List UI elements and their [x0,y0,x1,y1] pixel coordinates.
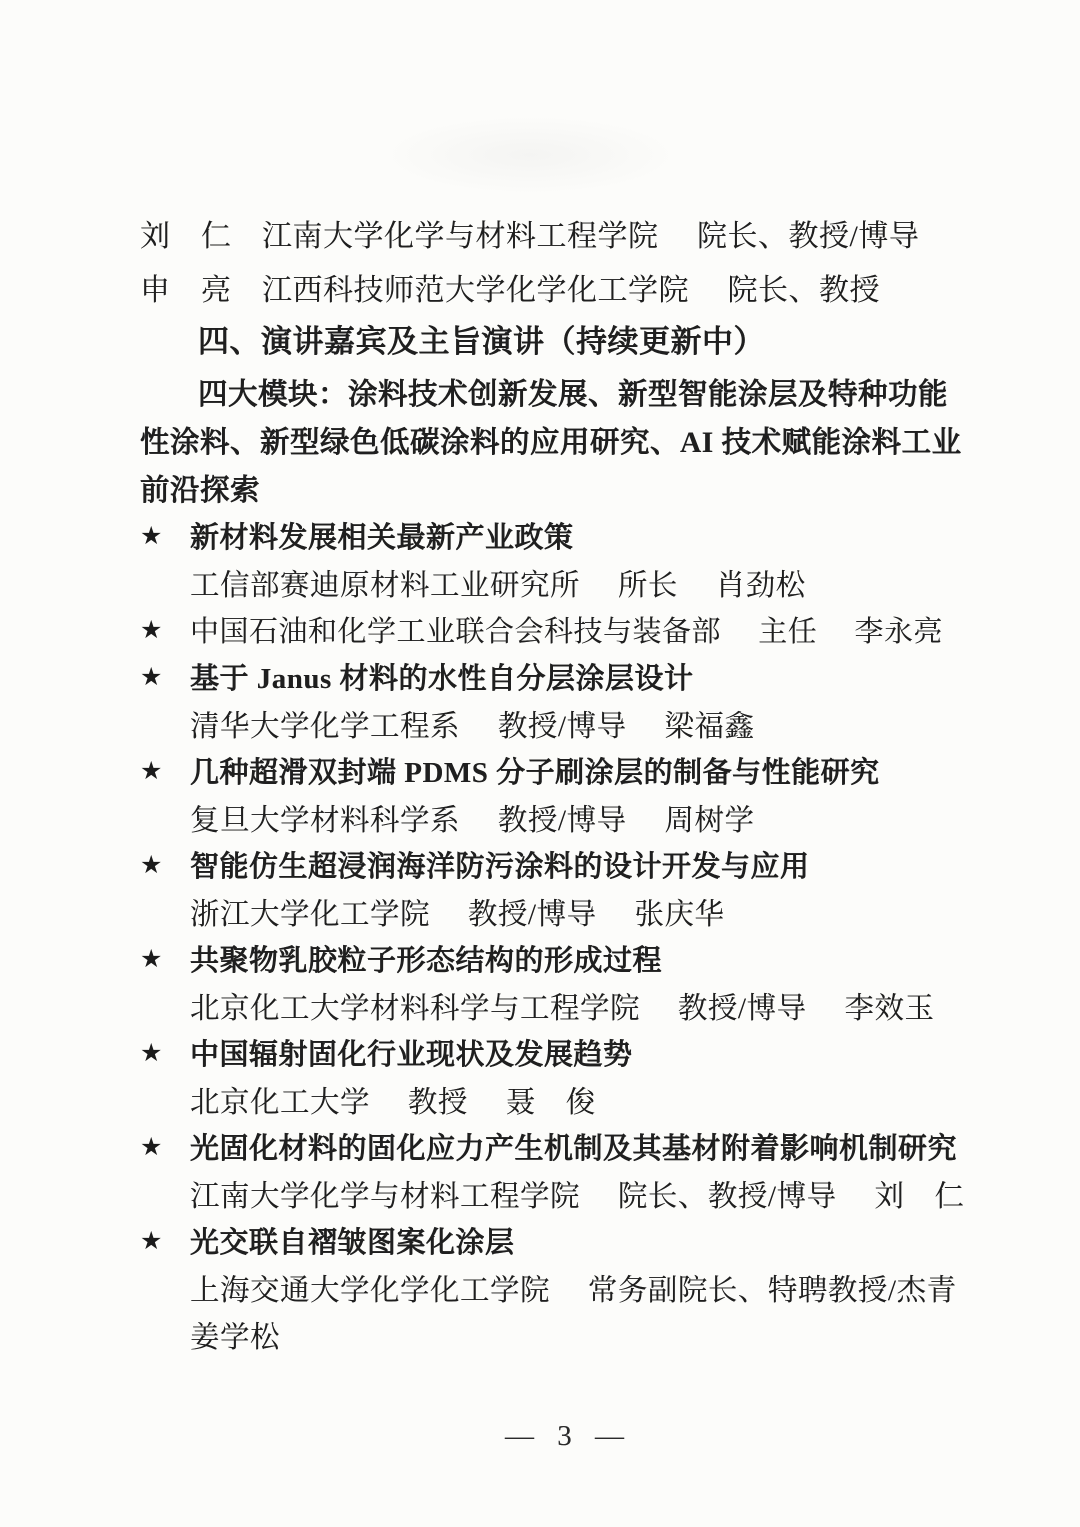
affiliation-line: 清华大学化学工程系 教授/博导 梁福鑫 [140,700,955,747]
line-text: 几种超滑双封端 PDMS 分子刷涂层的制备与性能研究 [190,750,880,791]
module-paragraph-line: 前沿探索 [140,464,955,512]
document-lines: 刘 仁 江南大学化学与材料工程学院 院长、教授/博导申 亮 江西科技师范大学化学… [140,206,955,1358]
line-text: 姜学松 [190,1314,280,1356]
line-text: 复旦大学材料科学系 教授/博导 周树学 [190,797,754,839]
star-bullet-icon: ★ [140,851,190,878]
module-paragraph-line: 四大模块：涂料技术创新发展、新型智能涂层及特种功能 [140,368,955,416]
line-text: 光固化材料的固化应力产生机制及其基材附着影响机制研究 [190,1126,957,1167]
star-bullet-icon: ★ [140,1133,190,1160]
star-bullet-icon: ★ [140,616,190,643]
scanned-document-page: 刘 仁 江南大学化学与材料工程学院 院长、教授/博导申 亮 江西科技师范大学化学… [0,0,1080,1527]
speaker-topic-line: ★中国石油和化学工业联合会科技与装备部 主任 李永亮 [140,606,955,653]
speaker-row: 申 亮 江西科技师范大学化学化工学院 院长、教授 [140,260,955,314]
star-bullet-icon: ★ [140,663,190,690]
star-bullet-icon: ★ [140,757,190,784]
affiliation-line: 北京化工大学材料科学与工程学院 教授/博导 李效玉 [140,982,955,1029]
topic-line: ★中国辐射固化行业现状及发展趋势 [140,1029,955,1076]
section-heading: 四、演讲嘉宾及主旨演讲（持续更新中） [140,314,955,362]
affiliation-line: 姜学松 [140,1311,955,1358]
page-number: — 3 — [50,1420,1080,1456]
affiliation-line: 复旦大学材料科学系 教授/博导 周树学 [140,794,955,841]
topic-line: ★智能仿生超浸润海洋防污涂料的设计开发与应用 [140,841,955,888]
line-text: 浙江大学化工学院 教授/博导 张庆华 [190,891,724,933]
line-text: 上海交通大学化学化工学院 常务副院长、特聘教授/杰青 [190,1267,957,1309]
affiliation-line: 北京化工大学 教授 聂 俊 [140,1076,955,1123]
line-text: 工信部赛迪原材料工业研究所 所长 肖劲松 [190,562,806,604]
line-text: 光交联自褶皱图案化涂层 [190,1220,515,1261]
line-text: 江南大学化学与材料工程学院 院长、教授/博导 刘 仁 [190,1173,964,1215]
topic-line: ★光交联自褶皱图案化涂层 [140,1217,955,1264]
line-text: 四、演讲嘉宾及主旨演讲（持续更新中） [198,316,765,361]
topic-line: ★基于 Janus 材料的水性自分层涂层设计 [140,653,955,700]
line-text: 四大模块：涂料技术创新发展、新型智能涂层及特种功能 [198,371,948,413]
topic-line: ★光固化材料的固化应力产生机制及其基材附着影响机制研究 [140,1123,955,1170]
line-text: 申 亮 江西科技师范大学化学化工学院 院长、教授 [140,265,880,309]
line-text: 中国石油和化学工业联合会科技与装备部 主任 李永亮 [190,609,943,650]
star-bullet-icon: ★ [140,1039,190,1066]
topic-line: ★新材料发展相关最新产业政策 [140,512,955,559]
topic-line: ★共聚物乳胶粒子形态结构的形成过程 [140,935,955,982]
module-paragraph-line: 性涂料、新型绿色低碳涂料的应用研究、AI 技术赋能涂料工业 [140,416,955,464]
star-bullet-icon: ★ [140,522,190,549]
line-text: 北京化工大学材料科学与工程学院 教授/博导 李效玉 [190,985,934,1027]
affiliation-line: 上海交通大学化学化工学院 常务副院长、特聘教授/杰青 [140,1264,955,1311]
affiliation-line: 浙江大学化工学院 教授/博导 张庆华 [140,888,955,935]
topic-line: ★几种超滑双封端 PDMS 分子刷涂层的制备与性能研究 [140,747,955,794]
line-text: 清华大学化学工程系 教授/博导 梁福鑫 [190,703,754,745]
speaker-row: 刘 仁 江南大学化学与材料工程学院 院长、教授/博导 [140,206,955,260]
line-text: 共聚物乳胶粒子形态结构的形成过程 [190,938,662,979]
star-bullet-icon: ★ [140,945,190,972]
affiliation-line: 工信部赛迪原材料工业研究所 所长 肖劲松 [140,559,955,606]
line-text: 智能仿生超浸润海洋防污涂料的设计开发与应用 [190,844,810,885]
line-text: 北京化工大学 教授 聂 俊 [190,1079,596,1121]
line-text: 前沿探索 [140,467,260,509]
line-text: 刘 仁 江南大学化学与材料工程学院 院长、教授/博导 [140,211,919,255]
line-text: 性涂料、新型绿色低碳涂料的应用研究、AI 技术赋能涂料工业 [140,419,962,461]
line-text: 基于 Janus 材料的水性自分层涂层设计 [190,656,694,697]
affiliation-line: 江南大学化学与材料工程学院 院长、教授/博导 刘 仁 [140,1170,955,1217]
line-text: 新材料发展相关最新产业政策 [190,515,574,556]
line-text: 中国辐射固化行业现状及发展趋势 [190,1032,633,1073]
scan-artifact [380,115,680,195]
star-bullet-icon: ★ [140,1227,190,1254]
